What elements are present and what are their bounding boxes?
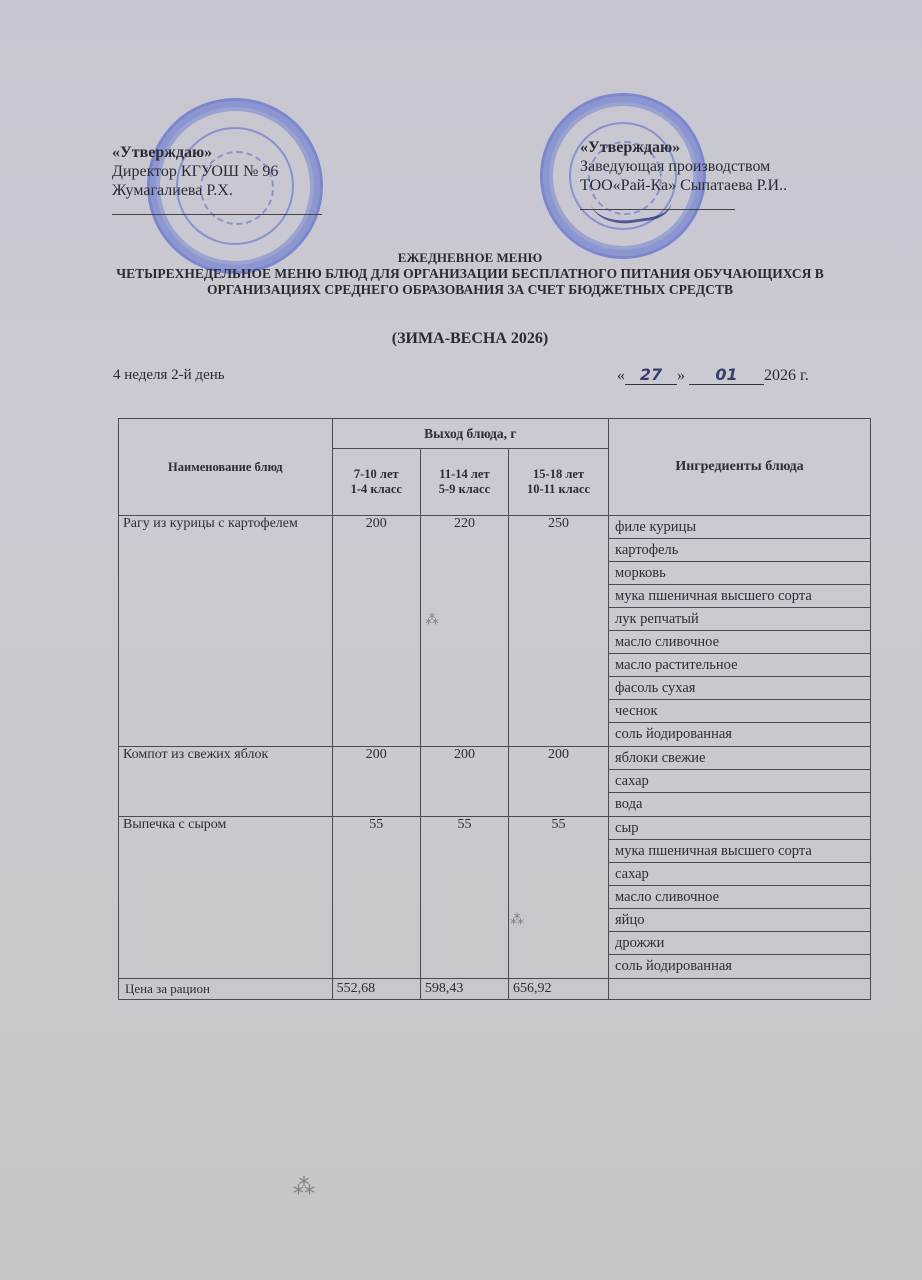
dish-yield: 200	[332, 747, 420, 817]
header-age-group: 11-14 лет5-9 класс	[420, 449, 508, 516]
approval-position: Директор КГУОШ № 96	[112, 162, 322, 181]
dish-name: Компот из свежих яблок	[119, 747, 333, 817]
ingredient: яблоки свежие	[609, 747, 870, 770]
ingredient: соль йодированная	[609, 723, 870, 746]
ink-smudge: ⁂	[425, 612, 439, 628]
menu-document: «Утверждаю» Директор КГУОШ № 96 Жумагали…	[0, 0, 922, 1280]
week-day-label: 4 неделя 2-й день	[113, 367, 225, 384]
ingredient: масло растительное	[609, 654, 870, 677]
header-age-group: 15-18 лет10-11 класс	[509, 449, 609, 516]
ingredient: яйцо	[609, 909, 870, 932]
price-value: 598,43	[420, 979, 508, 1000]
ingredient: картофель	[609, 539, 870, 562]
dish-yield: 200	[420, 747, 508, 817]
document-date: «27» 012026 г.	[617, 365, 809, 385]
table-row: Компот из свежих яблок 200 200 200 яблок…	[119, 747, 871, 817]
approval-block-production: «Утверждаю» Заведующая производством ТОО…	[580, 138, 850, 210]
price-label: Цена за рацион	[119, 979, 333, 1000]
dish-name: Выпечка с сыром	[119, 817, 333, 979]
ingredients-cell: яблоки свежие сахар вода	[609, 747, 871, 817]
signature-line	[112, 200, 322, 215]
ingredient: сахар	[609, 863, 870, 886]
price-empty-cell	[609, 979, 871, 1000]
quote-open: «	[617, 367, 625, 384]
dish-yield: 250	[509, 516, 609, 747]
dish-name: Рагу из курицы с картофелем	[119, 516, 333, 747]
ink-smudge: ⁂	[510, 912, 524, 928]
ingredient: сахар	[609, 770, 870, 793]
date-month: 01	[689, 365, 764, 385]
ingredients-cell: сыр мука пшеничная высшего сорта сахар м…	[609, 817, 871, 979]
ingredient: филе курицы	[609, 516, 870, 539]
approval-title: «Утверждаю»	[580, 138, 850, 157]
approval-title: «Утверждаю»	[112, 143, 322, 162]
date-year: 2026 г.	[764, 367, 809, 384]
dish-yield: 200	[509, 747, 609, 817]
ingredient: чеснок	[609, 700, 870, 723]
dish-yield: 220	[420, 516, 508, 747]
header-dish-name: Наименование блюд	[119, 419, 333, 516]
table-row: Выпечка с сыром 55 55 55 сыр мука пшенич…	[119, 817, 871, 979]
dish-yield: 55	[509, 817, 609, 979]
ink-smudge: ⁂	[293, 1175, 315, 1200]
ingredient: морковь	[609, 562, 870, 585]
approval-block-director: «Утверждаю» Директор КГУОШ № 96 Жумагали…	[112, 143, 322, 215]
table-row: Рагу из курицы с картофелем 200 220 250 …	[119, 516, 871, 747]
ingredient: соль йодированная	[609, 955, 870, 978]
dish-yield: 200	[332, 516, 420, 747]
signature-line	[580, 195, 735, 210]
ingredient: масло сливочное	[609, 886, 870, 909]
season-label: (ЗИМА-ВЕСНА 2026)	[100, 330, 840, 348]
ingredient: мука пшеничная высшего сорта	[609, 840, 870, 863]
document-subtitle: ЧЕТЫРЕХНЕДЕЛЬНОЕ МЕНЮ БЛЮД ДЛЯ ОРГАНИЗАЦ…	[100, 266, 840, 298]
dish-yield: 55	[420, 817, 508, 979]
quote-close: »	[677, 367, 685, 384]
ingredient: сыр	[609, 817, 870, 840]
approval-position: Заведующая производством	[580, 157, 850, 176]
date-day: 27	[625, 365, 677, 385]
price-row: Цена за рацион 552,68 598,43 656,92	[119, 979, 871, 1000]
price-value: 656,92	[509, 979, 609, 1000]
ingredient: фасоль сухая	[609, 677, 870, 700]
price-value: 552,68	[332, 979, 420, 1000]
approval-name: ТОО«Рай-Ка» Сыпатаева Р.И..	[580, 176, 850, 195]
ingredient: дрожжи	[609, 932, 870, 955]
header-yield: Выход блюда, г	[332, 419, 608, 449]
document-title: ЕЖЕДНЕВНОЕ МЕНЮ	[100, 250, 840, 266]
header-ingredients: Ингредиенты блюда	[609, 419, 871, 516]
ingredient: лук репчатый	[609, 608, 870, 631]
approval-name: Жумагалиева Р.Х.	[112, 181, 322, 200]
ingredients-cell: филе курицы картофель морковь мука пшени…	[609, 516, 871, 747]
header-age-group: 7-10 лет1-4 класс	[332, 449, 420, 516]
menu-table: Наименование блюд Выход блюда, г Ингреди…	[118, 418, 871, 1000]
ingredient: вода	[609, 793, 870, 816]
ingredient: мука пшеничная высшего сорта	[609, 585, 870, 608]
ingredient: масло сливочное	[609, 631, 870, 654]
dish-yield: 55	[332, 817, 420, 979]
